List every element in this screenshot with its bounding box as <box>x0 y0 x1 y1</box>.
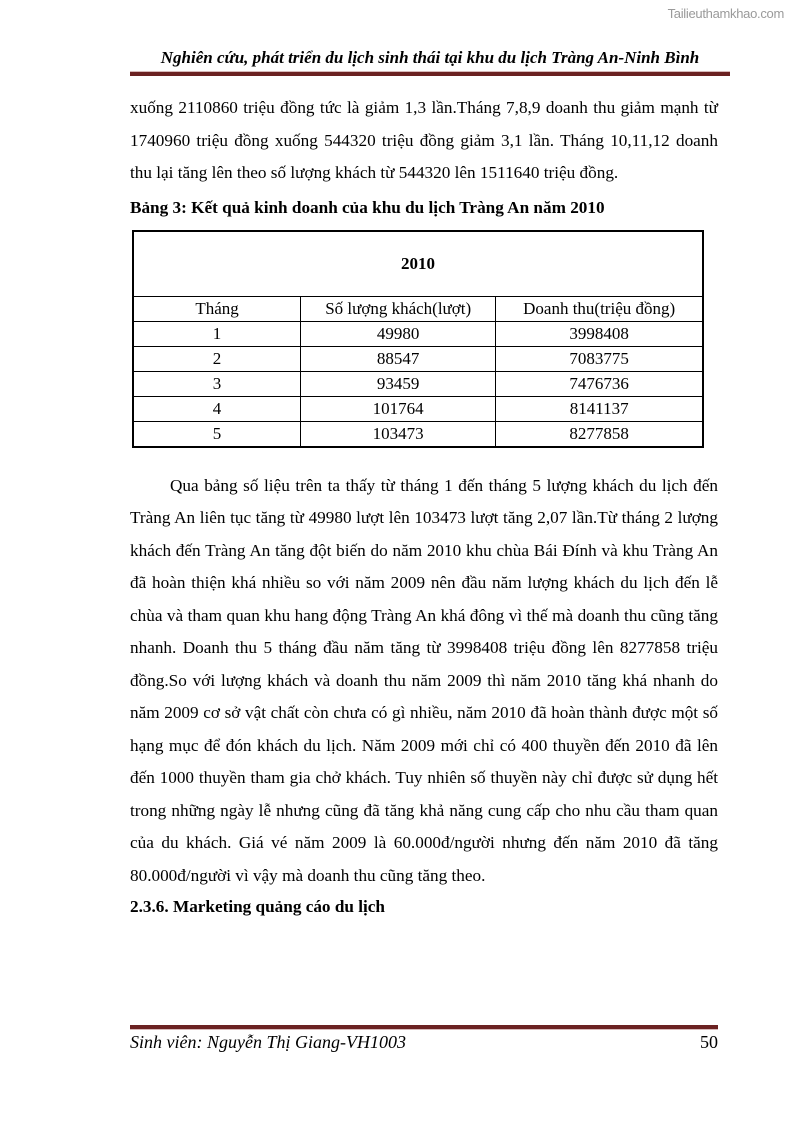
table-cell: 5 <box>133 421 301 447</box>
table-row: 4 101764 8141137 <box>133 396 703 421</box>
column-header: Tháng <box>133 296 301 321</box>
results-table: 2010 Tháng Số lượng khách(lượt) Doanh th… <box>132 230 704 448</box>
watermark: Tailieuthamkhao.com <box>668 6 784 21</box>
footer-author: Sinh viên: Nguyễn Thị Giang-VH1003 <box>130 1032 406 1053</box>
table-cell: 49980 <box>301 321 496 346</box>
table-cell: 7476736 <box>496 371 703 396</box>
header-rule <box>130 71 730 76</box>
table-cell: 3 <box>133 371 301 396</box>
table-cell: 7083775 <box>496 346 703 371</box>
table-cell: 3998408 <box>496 321 703 346</box>
table-row: 1 49980 3998408 <box>133 321 703 346</box>
table-caption: Bảng 3: Kết quả kinh doanh của khu du lị… <box>130 194 718 222</box>
table-row: 2 88547 7083775 <box>133 346 703 371</box>
table-cell: 1 <box>133 321 301 346</box>
paragraph: xuống 2110860 triệu đồng tức là giảm 1,3… <box>130 92 718 190</box>
table-cell: 4 <box>133 396 301 421</box>
running-header: Nghiên cứu, phát triển du lịch sinh thái… <box>130 48 730 68</box>
table-year-header: 2010 <box>133 231 703 297</box>
page-content: xuống 2110860 triệu đồng tức là giảm 1,3… <box>130 92 718 922</box>
table-cell: 2 <box>133 346 301 371</box>
table-cell: 103473 <box>301 421 496 447</box>
page-number: 50 <box>700 1032 718 1053</box>
table-cell: 88547 <box>301 346 496 371</box>
table-cell: 93459 <box>301 371 496 396</box>
section-heading: 2.3.6. Marketing quảng cáo du lịch <box>130 892 718 922</box>
footer-rule <box>130 1025 718 1030</box>
table-row: 3 93459 7476736 <box>133 371 703 396</box>
column-header: Doanh thu(triệu đồng) <box>496 296 703 321</box>
table-cell: 8141137 <box>496 396 703 421</box>
table-cell: 101764 <box>301 396 496 421</box>
table-cell: 8277858 <box>496 421 703 447</box>
paragraph: Qua bảng số liệu trên ta thấy từ tháng 1… <box>130 470 718 893</box>
column-header: Số lượng khách(lượt) <box>301 296 496 321</box>
table-row: 5 103473 8277858 <box>133 421 703 447</box>
